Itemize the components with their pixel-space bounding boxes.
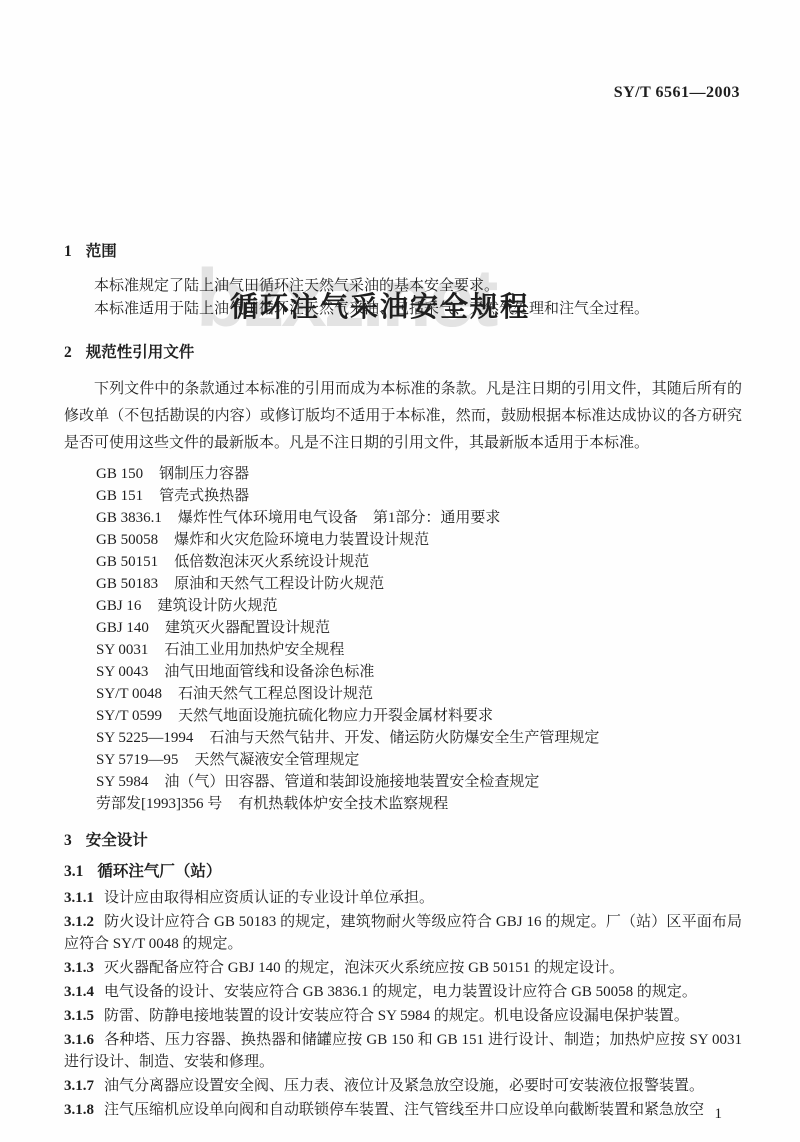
clause-item: 3.1.1设计应由取得相应资质认证的专业设计单位承担。 [64,887,742,909]
reference-item: SY 0043油气田地面管线和设备涂色标准 [64,661,742,683]
section-2-title: 规范性引用文件 [86,344,195,361]
clause-item: 3.1.5防雷、防静电接地装置的设计安装应符合 SY 5984 的规定。机电设备… [64,1005,742,1027]
reference-code: GBJ 140 [96,620,149,636]
section-2-number: 2 [64,344,72,361]
reference-title: 建筑灭火器配置设计规范 [165,620,330,636]
clause-item: 3.1.2防火设计应符合 GB 50183 的规定，建筑物耐火等级应符合 GBJ… [64,911,742,955]
clause-item: 3.1.8注气压缩机应设单向阀和自动联锁停车装置、注气管线至井口应设单向截断装置… [64,1099,742,1121]
reference-title: 钢制压力容器 [159,466,249,482]
reference-title: 油（气）田容器、管道和装卸设施接地装置安全检查规定 [164,774,539,790]
reference-title: 石油工业用加热炉安全规程 [164,642,344,658]
reference-code: GB 50183 [96,576,158,592]
scope-paragraph: 本标准适用于陆上油气田循环注天然气采油、包括采气、天然气处理和注气全过程。 [64,298,742,321]
subsection-3-1-title: 循环注气厂（站） [97,863,221,880]
reference-title: 油气田地面管线和设备涂色标准 [164,664,374,680]
clause-text: 各种塔、压力容器、换热器和储罐应按 GB 150 和 GB 151 进行设计、制… [64,1032,742,1070]
clause-text: 防火设计应符合 GB 50183 的规定，建筑物耐火等级应符合 GBJ 16 的… [64,914,742,952]
reference-item: GB 3836.1爆炸性气体环境用电气设备 第1部分：通用要求 [64,507,742,529]
reference-title: 石油与天然气钻井、开发、储运防火防爆安全生产管理规定 [209,730,599,746]
clause-item: 3.1.4电气设备的设计、安装应符合 GB 3836.1 的规定，电力装置设计应… [64,981,742,1003]
reference-title: 有机热载体炉安全技术监察规程 [238,796,448,812]
reference-code: GB 50151 [96,554,158,570]
reference-code: GB 3836.1 [96,510,162,526]
scope-paragraph: 本标准规定了陆上油气田循环注天然气采油的基本安全要求。 [64,275,742,298]
reference-item: GB 151管壳式换热器 [64,485,742,507]
clause-text: 电气设备的设计、安装应符合 GB 3836.1 的规定，电力装置设计应符合 GB… [104,984,697,1000]
clause-item: 3.1.7油气分离器应设置安全阀、压力表、液位计及紧急放空设施，必要时可安装液位… [64,1075,742,1097]
clause-text: 灭火器配备应符合 GBJ 140 的规定，泡沫灭火系统应按 GB 50151 的… [104,960,624,976]
clause-text: 油气分离器应设置安全阀、压力表、液位计及紧急放空设施，必要时可安装液位报警装置。 [104,1078,704,1094]
reference-title: 石油天然气工程总图设计规范 [178,686,373,702]
reference-item: SY 5984油（气）田容器、管道和装卸设施接地装置安全检查规定 [64,771,742,793]
clause-item: 3.1.3灭火器配备应符合 GBJ 140 的规定，泡沫灭火系统应按 GB 50… [64,957,742,979]
section-3-number: 3 [64,832,72,849]
clause-item: 3.1.6各种塔、压力容器、换热器和储罐应按 GB 150 和 GB 151 进… [64,1029,742,1073]
reference-code: SY 0043 [96,664,148,680]
reference-title: 天然气凝液安全管理规定 [194,752,359,768]
clause-number: 3.1.1 [64,890,94,906]
reference-item: SY 5719—95天然气凝液安全管理规定 [64,749,742,771]
section-1-heading: 1范围 [64,240,742,263]
reference-title: 天然气地面设施抗硫化物应力开裂金属材料要求 [178,708,493,724]
reference-item: 劳部发[1993]356 号有机热载体炉安全技术监察规程 [64,793,742,815]
subsection-3-1-number: 3.1 [64,863,83,880]
clause-text: 设计应由取得相应资质认证的专业设计单位承担。 [104,890,434,906]
reference-title: 低倍数泡沫灭火系统设计规范 [174,554,369,570]
reference-title: 建筑设计防火规范 [157,598,277,614]
reference-code: SY 5225—1994 [96,730,193,746]
clause-text: 防雷、防静电接地装置的设计安装应符合 SY 5984 的规定。机电设备应设漏电保… [104,1008,689,1024]
section-2-heading: 2规范性引用文件 [64,341,742,364]
section-1-title: 范围 [86,243,117,260]
title-area: bzxz.net 循环注气采油安全规程 [0,128,800,228]
subsection-3-1-heading: 3.1循环注气厂（站） [64,860,742,883]
reference-code: SY 5984 [96,774,148,790]
reference-item: GBJ 16建筑设计防火规范 [64,595,742,617]
reference-title: 爆炸和火灾危险环境电力装置设计规范 [174,532,429,548]
reference-code: GB 50058 [96,532,158,548]
reference-item: GB 150钢制压力容器 [64,463,742,485]
reference-code: SY/T 0048 [96,686,162,702]
standard-code: SY/T 6561—2003 [614,84,740,102]
reference-item: GB 50058爆炸和火灾危险环境电力装置设计规范 [64,529,742,551]
reference-title: 爆炸性气体环境用电气设备 第1部分：通用要求 [178,510,501,526]
section-1-number: 1 [64,243,72,260]
reference-item: GB 50183原油和天然气工程设计防火规范 [64,573,742,595]
reference-code: SY/T 0599 [96,708,162,724]
clause-number: 3.1.5 [64,1008,94,1024]
reference-title: 管壳式换热器 [159,488,249,504]
reference-code: GB 151 [96,488,143,504]
clause-number: 3.1.4 [64,984,94,1000]
reference-title: 原油和天然气工程设计防火规范 [174,576,384,592]
section-3-heading: 3安全设计 [64,829,742,852]
reference-code: SY 0031 [96,642,148,658]
document-body: 1范围 本标准规定了陆上油气田循环注天然气采油的基本安全要求。 本标准适用于陆上… [64,240,742,1123]
clause-number: 3.1.3 [64,960,94,976]
clause-number: 3.1.2 [64,914,94,930]
clause-text: 注气压缩机应设单向阀和自动联锁停车装置、注气管线至井口应设单向截断装置和紧急放空 [104,1102,704,1118]
clause-number: 3.1.8 [64,1102,94,1118]
reference-code: SY 5719—95 [96,752,178,768]
references-intro-paragraph: 下列文件中的条款通过本标准的引用而成为本标准的条款。凡是注日期的引用文件，其随后… [64,376,742,457]
scanned-standard-page: SY/T 6561—2003 bzxz.net 循环注气采油安全规程 1范围 本… [0,0,800,1142]
clause-number: 3.1.7 [64,1078,94,1094]
clause-number: 3.1.6 [64,1032,94,1048]
reference-code: GB 150 [96,466,143,482]
reference-list: GB 150钢制压力容器 GB 151管壳式换热器 GB 3836.1爆炸性气体… [64,463,742,815]
reference-item: GBJ 140建筑灭火器配置设计规范 [64,617,742,639]
reference-item: SY/T 0599天然气地面设施抗硫化物应力开裂金属材料要求 [64,705,742,727]
reference-item: GB 50151低倍数泡沫灭火系统设计规范 [64,551,742,573]
reference-item: SY/T 0048石油天然气工程总图设计规范 [64,683,742,705]
reference-item: SY 0031石油工业用加热炉安全规程 [64,639,742,661]
reference-item: SY 5225—1994石油与天然气钻井、开发、储运防火防爆安全生产管理规定 [64,727,742,749]
reference-code: GBJ 16 [96,598,141,614]
reference-code: 劳部发[1993]356 号 [96,796,222,812]
section-3-title: 安全设计 [86,832,148,849]
